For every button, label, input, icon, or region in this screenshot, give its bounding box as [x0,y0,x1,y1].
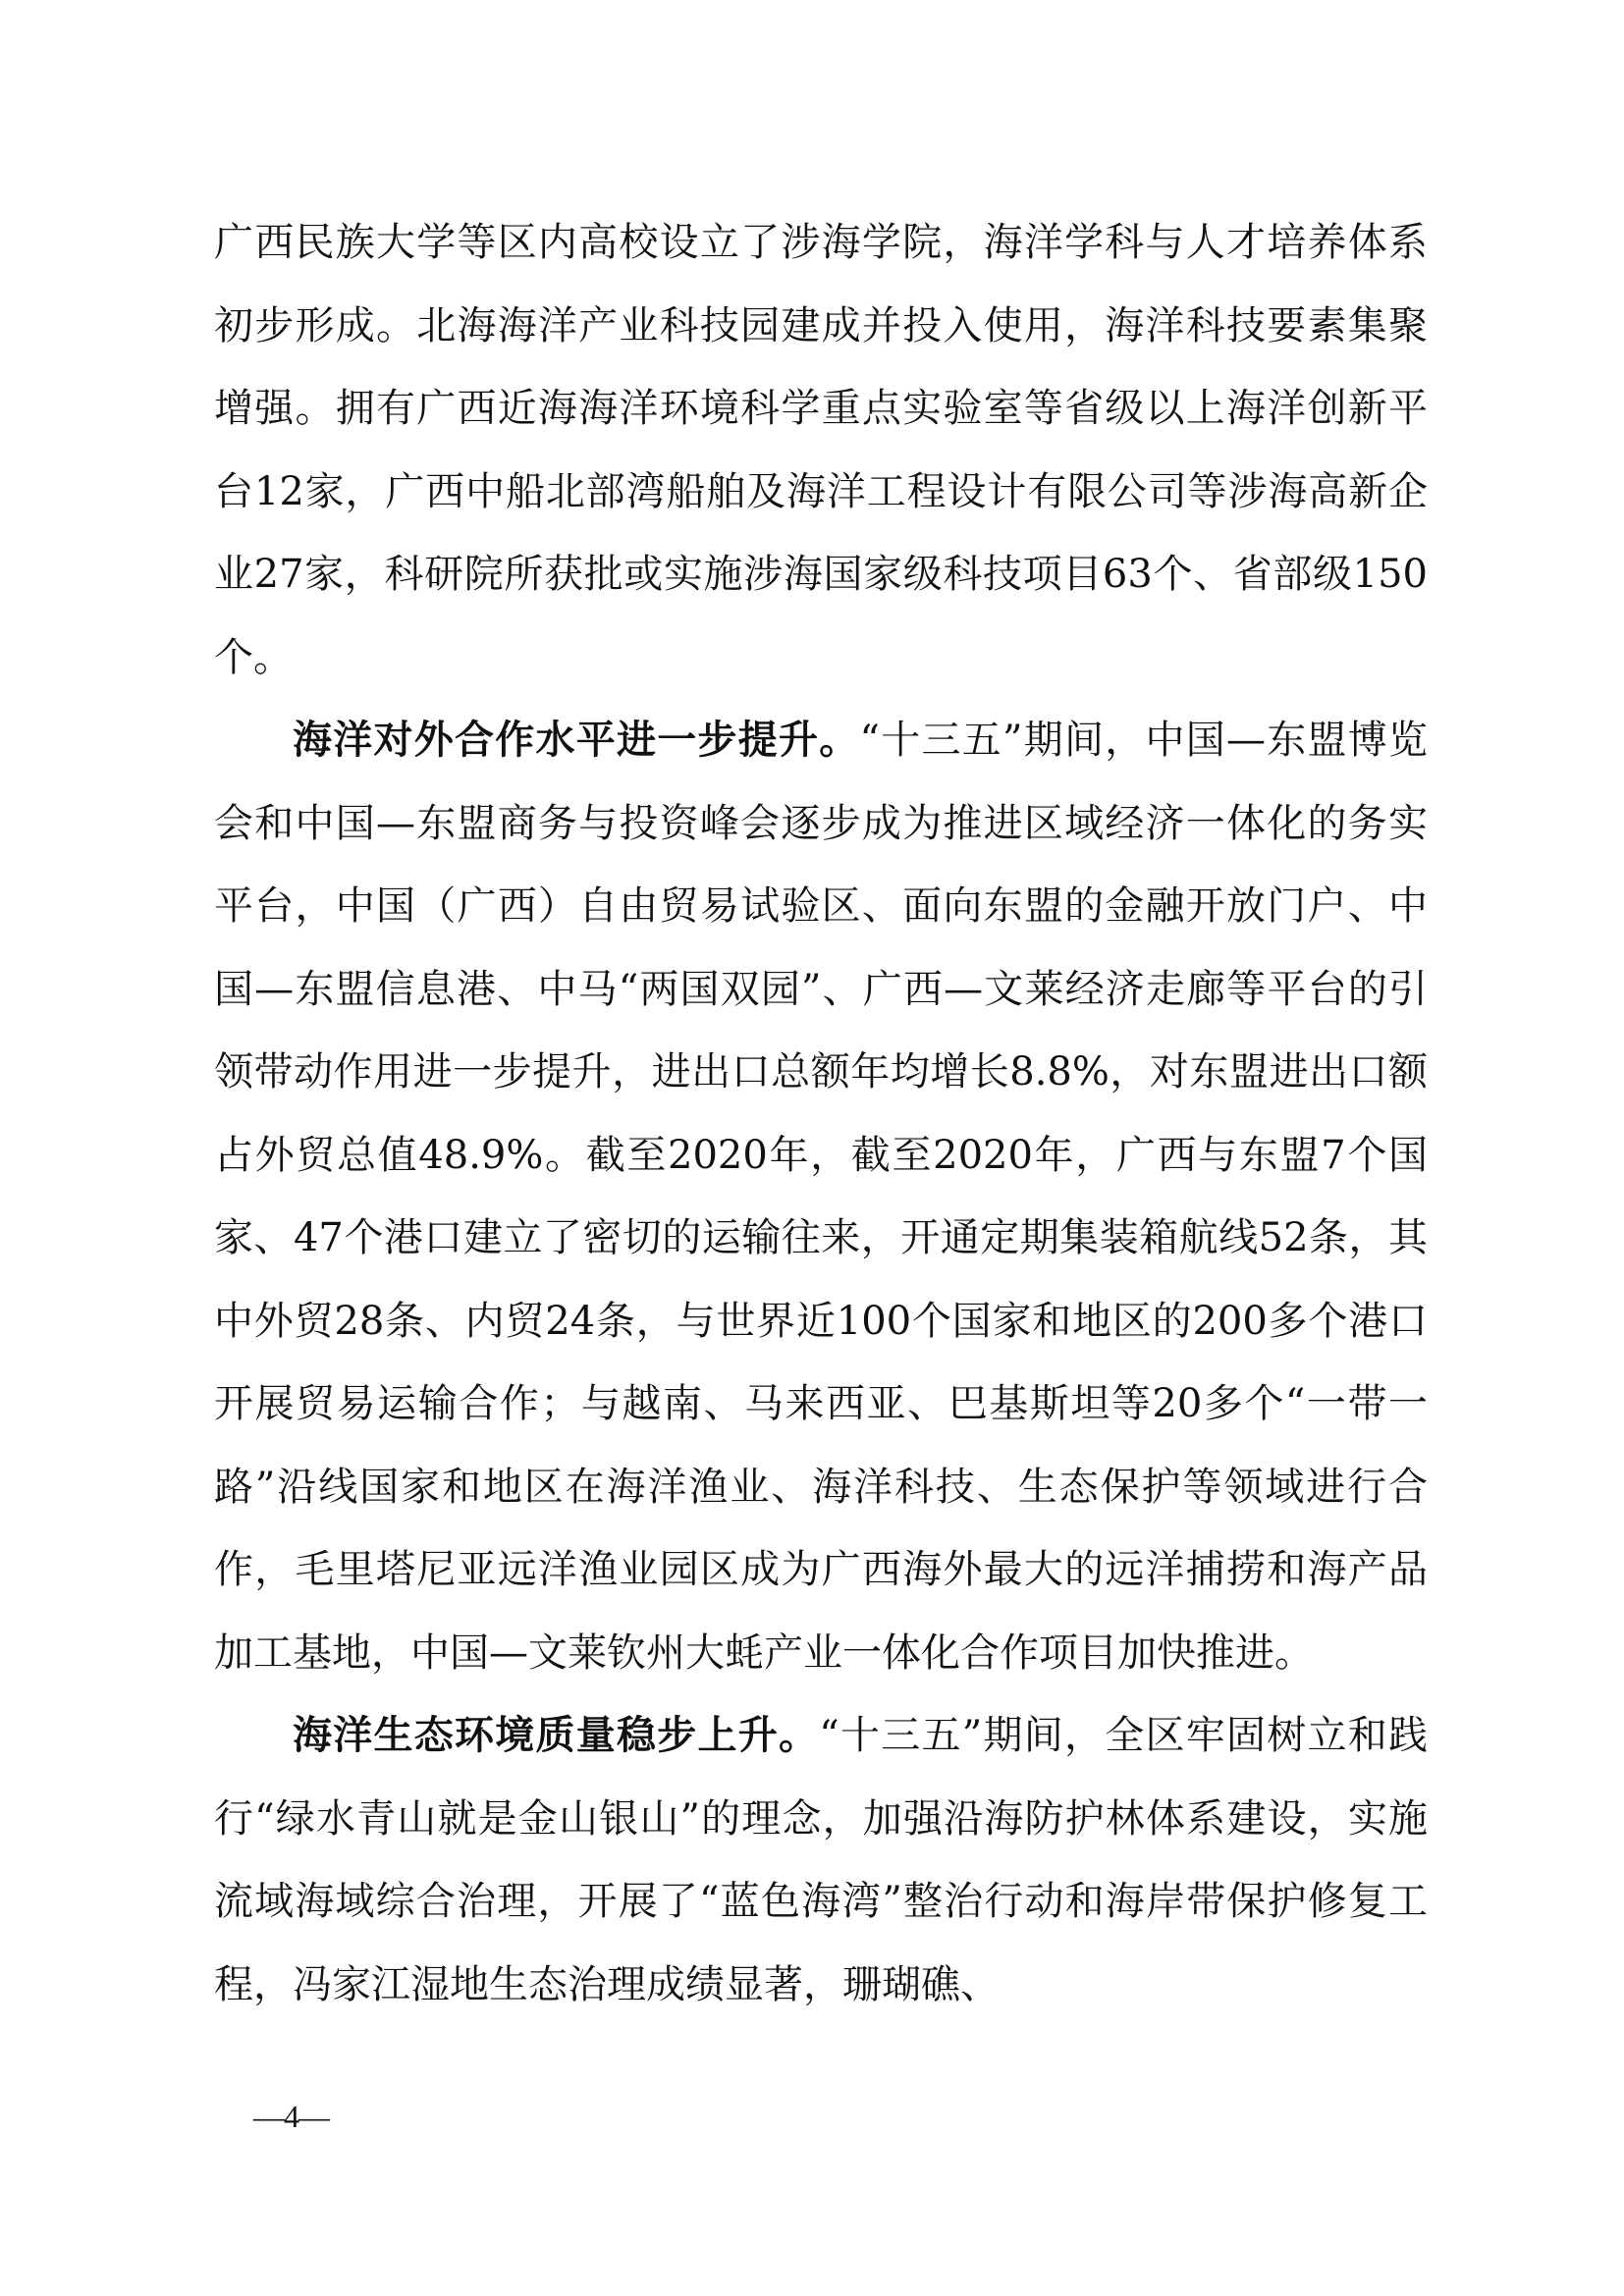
paragraph-heading: 海洋对外合作水平进一步提升。 [293,718,860,763]
paragraph-body: “十三五”期间，中国—东盟博览会和中国—东盟商务与投资峰会逐步成为推进区域经济一… [214,718,1428,1676]
paragraph-maritime-cooperation: 海洋对外合作水平进一步提升。“十三五”期间，中国—东盟博览会和中国—东盟商务与投… [214,699,1428,1694]
paragraph-heading: 海洋生态环境质量稳步上升。 [293,1713,819,1758]
document-page: 广西民族大学等区内高校设立了涉海学院，海洋学科与人才培养体系初步形成。北海海洋产… [214,201,1428,2026]
paragraph-continuation: 广西民族大学等区内高校设立了涉海学院，海洋学科与人才培养体系初步形成。北海海洋产… [214,201,1428,699]
paragraph-ecological-environment: 海洋生态环境质量稳步上升。“十三五”期间，全区牢固树立和践行“绿水青山就是金山银… [214,1694,1428,2026]
page-number: —4— [253,2099,329,2135]
paragraph-body: 广西民族大学等区内高校设立了涉海学院，海洋学科与人才培养体系初步形成。北海海洋产… [214,220,1428,680]
